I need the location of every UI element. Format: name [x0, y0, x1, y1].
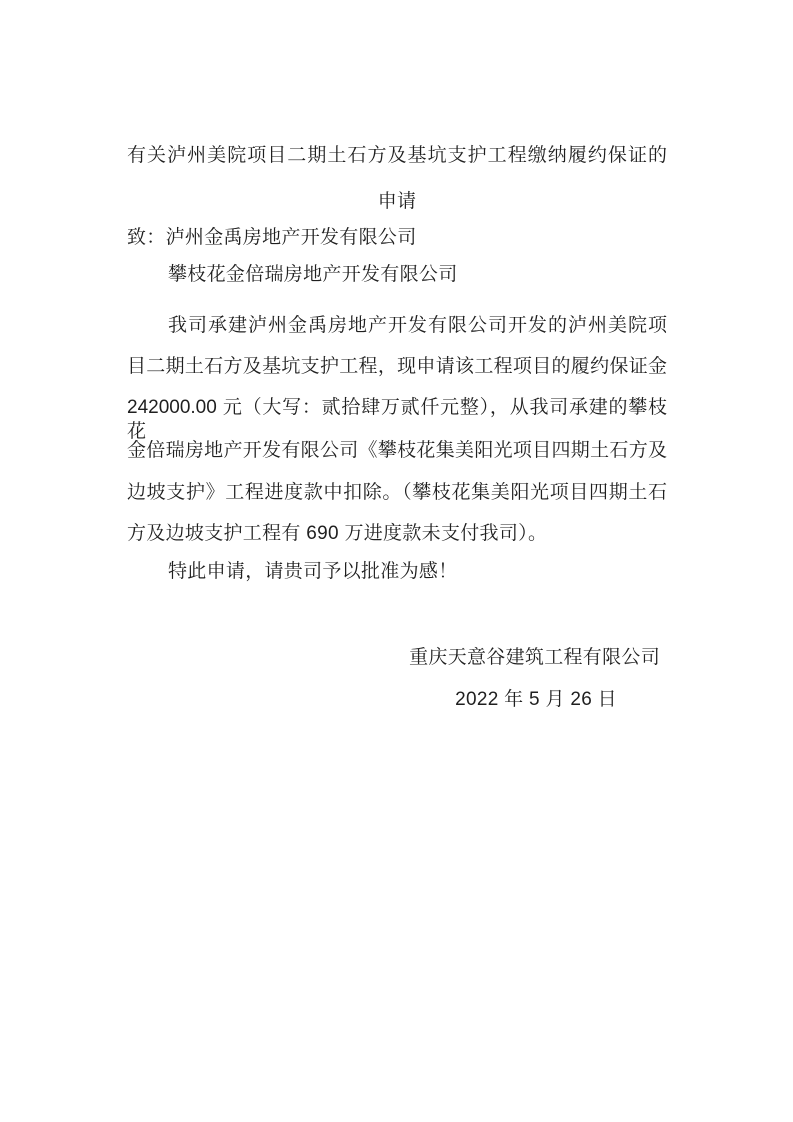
body-line-6: 方及边坡支护工程有 690 万进度款未支付我司）。 [127, 522, 667, 546]
recipient-line-1: 致：泸州金禹房地产开发有限公司 [127, 226, 667, 250]
body-line-4: 金倍瑞房地产开发有限公司《攀枝花集美阳光项目四期土石方及 [127, 439, 667, 463]
body-line-1: 我司承建泸州金禹房地产开发有限公司开发的泸州美院项 [168, 314, 667, 338]
body-line-2: 目二期土石方及基坑支护工程，现申请该工程项目的履约保证金 [127, 355, 667, 379]
document-title-line-1: 有关泸州美院项目二期土石方及基坑支护工程缴纳履约保证的 [127, 144, 667, 168]
recipient-line-2: 攀枝花金倍瑞房地产开发有限公司 [168, 263, 667, 287]
closing-line: 特此申请，请贵司予以批准为感！ [168, 560, 667, 584]
body-line-5: 边坡支护》工程进度款中扣除。（攀枝花集美阳光项目四期土石 [127, 481, 667, 505]
body-line-3: 242000.00 元（大写：贰拾肆万贰仟元整），从我司承建的攀枝花 [127, 396, 667, 444]
signature-company: 重庆天意谷建筑工程有限公司 [127, 646, 667, 670]
document-title-line-2: 申请 [127, 190, 667, 214]
signature-date: 2022 年 5 月 26 日 [127, 688, 667, 712]
document-page: 有关泸州美院项目二期土石方及基坑支护工程缴纳履约保证的 申请 致：泸州金禹房地产… [0, 0, 793, 1122]
